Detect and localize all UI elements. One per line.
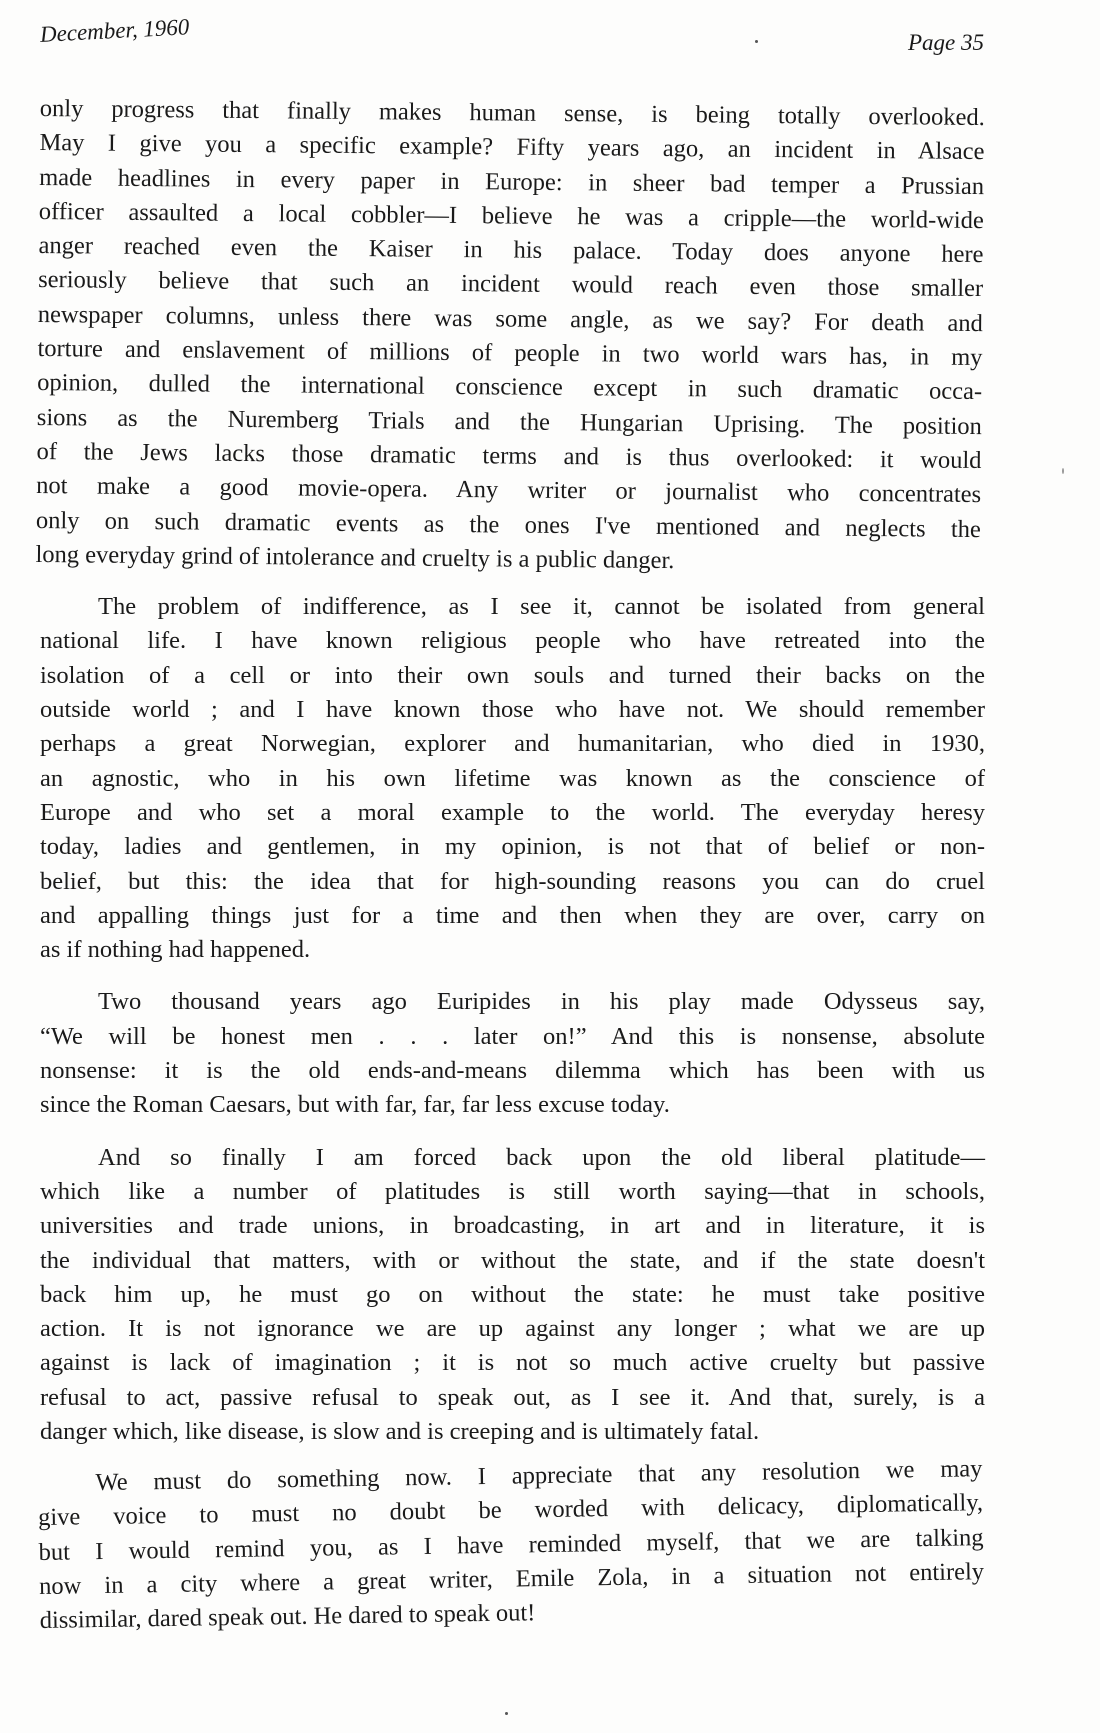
- text-line: since the Roman Caesars, but with far, f…: [40, 1088, 985, 1122]
- text-line: today, ladies and gentlemen, in my opini…: [40, 830, 985, 864]
- paragraph: Two thousand years ago Euripides in his …: [40, 985, 985, 1122]
- text-line: isolation of a cell or into their own so…: [40, 659, 985, 693]
- text-line: outside world ; and I have known those w…: [40, 693, 985, 727]
- scan-speck: [755, 40, 758, 43]
- issue-date: December, 1960: [39, 14, 190, 48]
- scanned-page: December, 1960 Page 35 only progress tha…: [0, 0, 1100, 1733]
- text-line: belief, but this: the idea that for high…: [40, 865, 985, 899]
- text-line: national life. I have known religious pe…: [40, 624, 985, 658]
- text-line: an agnostic, who in his own lifetime was…: [40, 762, 985, 796]
- scan-speck: [505, 1712, 508, 1715]
- text-line: against is lack of imagination ; it is n…: [40, 1346, 985, 1380]
- paragraph: We must do something now. I appreciate t…: [37, 1452, 985, 1638]
- text-line: Europe and who set a moral example to th…: [40, 796, 985, 830]
- scan-speck: [1062, 468, 1064, 474]
- text-line: refusal to act, passive refusal to speak…: [40, 1381, 985, 1415]
- text-line: action. It is not ignorance we are up ag…: [40, 1312, 985, 1346]
- paragraph: And so finally I am forced back upon the…: [40, 1141, 985, 1450]
- page-number: Page 35: [908, 30, 984, 56]
- text-line: which like a number of platitudes is sti…: [40, 1175, 985, 1209]
- text-line: as if nothing had happened.: [40, 933, 985, 967]
- text-line: danger which, like disease, is slow and …: [40, 1415, 985, 1449]
- text-line: The problem of indifference, as I see it…: [40, 590, 985, 624]
- text-line: universities and trade unions, in broadc…: [40, 1209, 985, 1243]
- text-line: perhaps a great Norwegian, explorer and …: [40, 727, 985, 761]
- text-line: “We will be honest men . . . later on!” …: [40, 1020, 985, 1054]
- text-line: Two thousand years ago Euripides in his …: [40, 985, 985, 1019]
- text-line: nonsense: it is the old ends-and-means d…: [40, 1054, 985, 1088]
- paragraph: The problem of indifference, as I see it…: [40, 590, 985, 967]
- running-header: December, 1960 Page 35: [40, 18, 990, 58]
- text-line: and appalling things just for a time and…: [40, 899, 985, 933]
- article-body: only progress that finally makes human s…: [40, 92, 985, 1657]
- text-line: back him up, he must go on without the s…: [40, 1278, 985, 1312]
- paragraph: only progress that finally makes human s…: [35, 92, 985, 581]
- text-line: And so finally I am forced back upon the…: [40, 1141, 985, 1175]
- text-line: the individual that matters, with or wit…: [40, 1244, 985, 1278]
